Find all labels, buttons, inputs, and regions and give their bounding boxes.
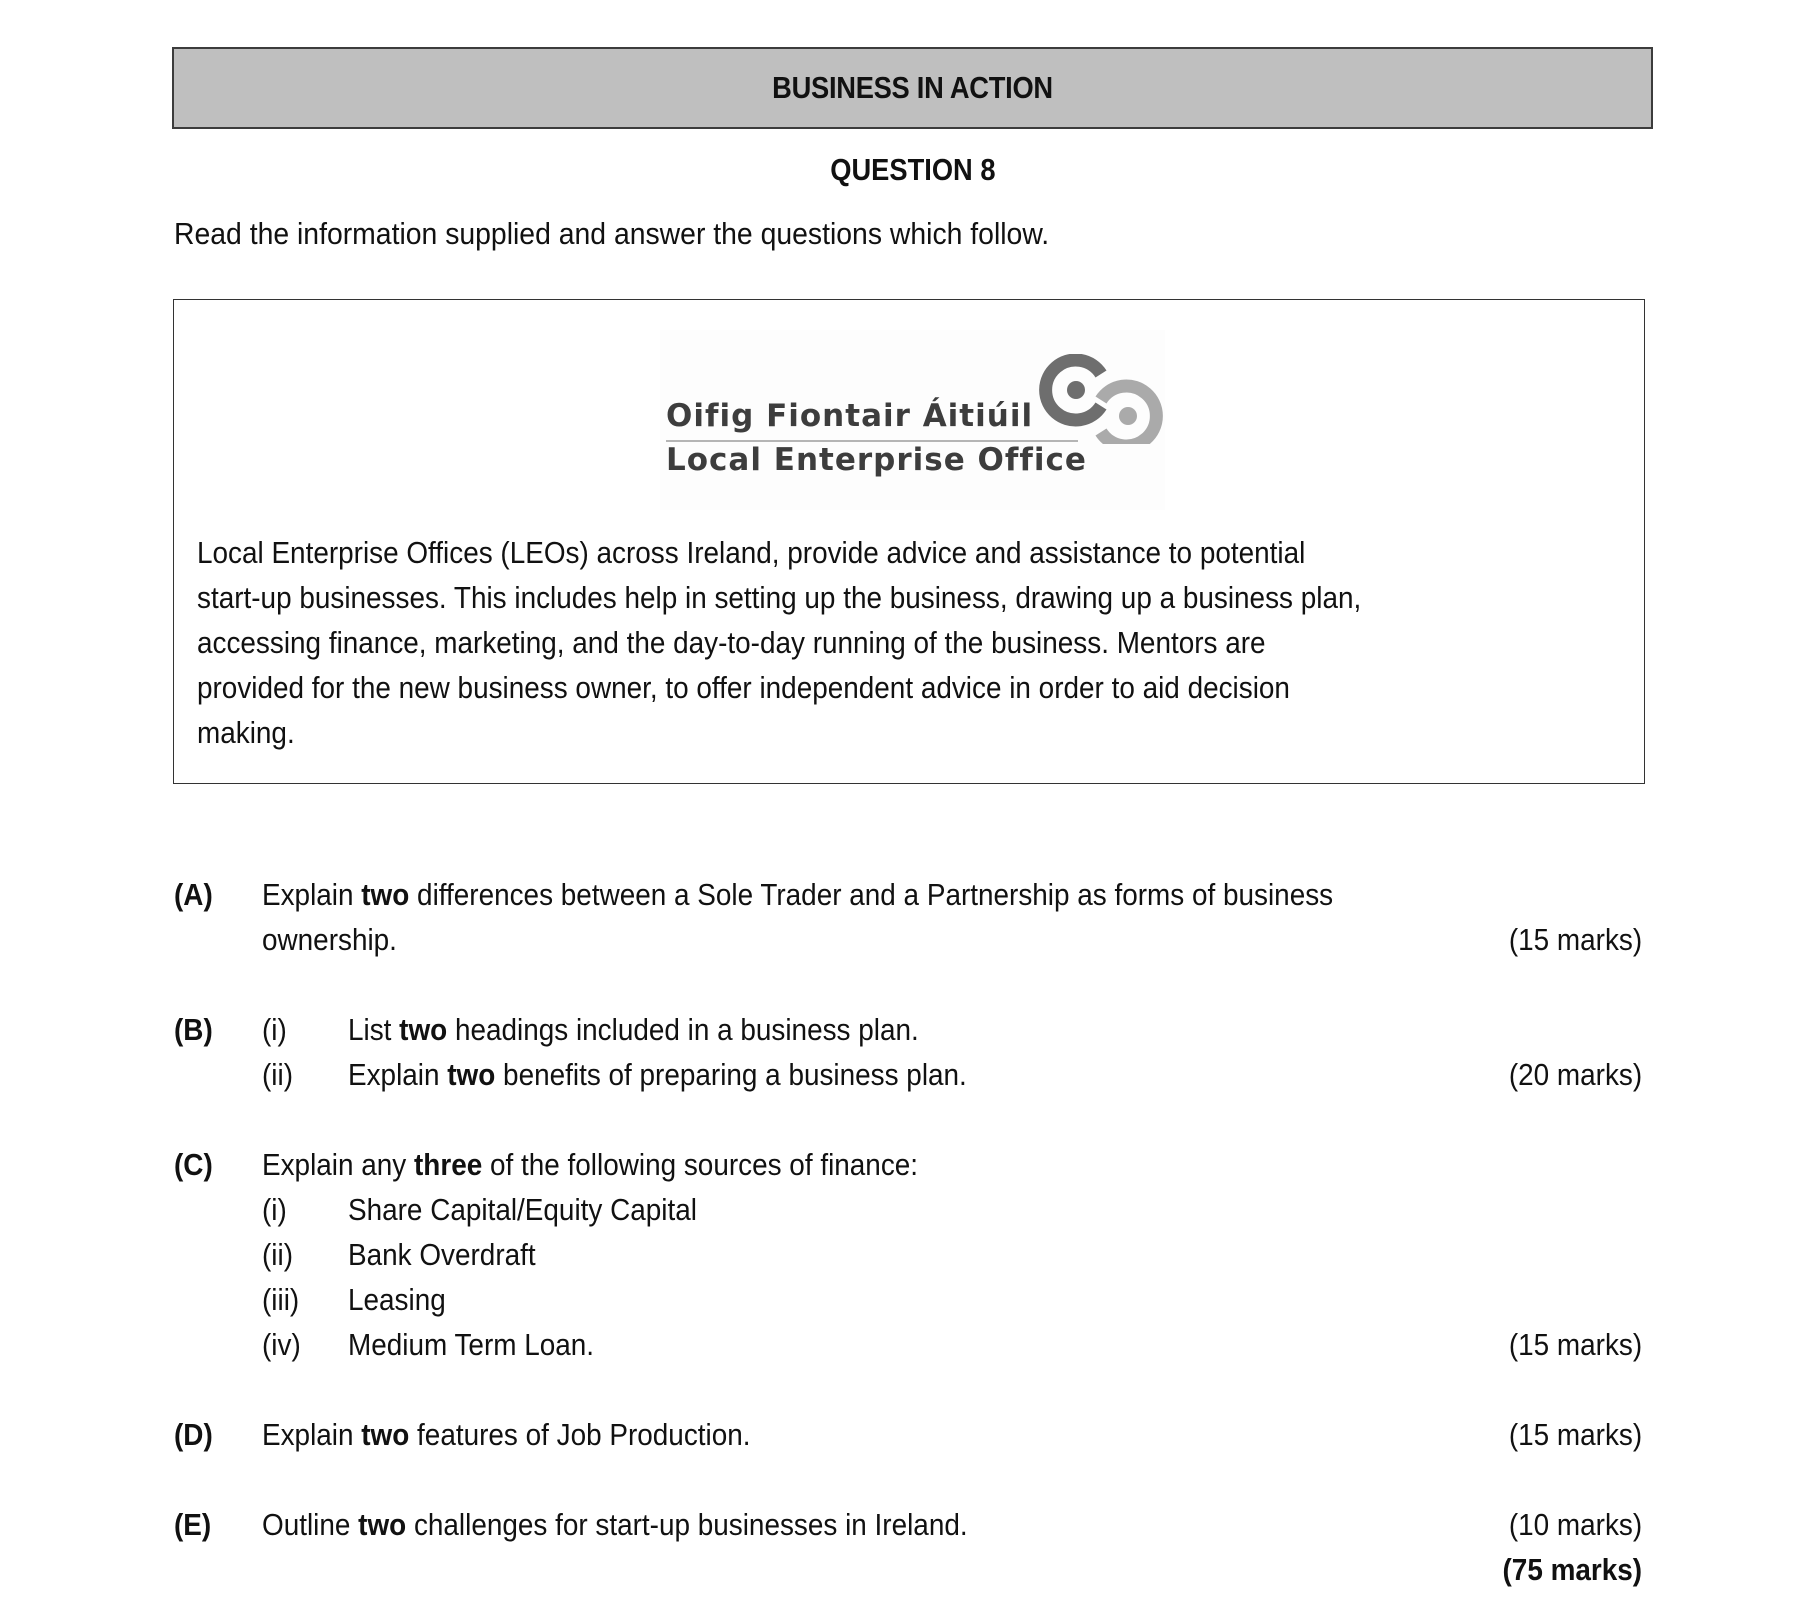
part-marks: (15 marks) — [1509, 1412, 1642, 1457]
part-text: ownership. — [262, 917, 397, 962]
subpart-text: Leasing — [348, 1277, 446, 1322]
part-text: Outline two challenges for start-up busi… — [262, 1502, 968, 1547]
leo-logo: Oifig Fiontair Áitiúil Local Enterprise … — [660, 330, 1165, 510]
subpart-text: Bank Overdraft — [348, 1232, 536, 1277]
part-marks: (20 marks) — [1509, 1052, 1642, 1097]
part-marks: (10 marks) — [1509, 1502, 1642, 1547]
part-marks: (15 marks) — [1509, 1322, 1642, 1367]
subpart-number: (ii) — [262, 1232, 293, 1277]
question-title-text: QUESTION 8 — [830, 152, 995, 188]
logo-text-english: Local Enterprise Office — [666, 442, 1087, 478]
info-paragraph-line: Local Enterprise Offices (LEOs) across I… — [197, 530, 1493, 575]
section-title: BUSINESS IN ACTION — [772, 70, 1053, 106]
subpart-number: (iv) — [262, 1322, 301, 1367]
logo-text-irish: Oifig Fiontair Áitiúil — [666, 398, 1033, 434]
part-label: (B) — [174, 1007, 213, 1052]
subpart-number: (i) — [262, 1007, 287, 1052]
subpart-text: Medium Term Loan. — [348, 1322, 594, 1367]
part-c-item: (i) Share Capital/Equity Capital — [174, 1187, 1642, 1232]
info-paragraph-line: accessing finance, marketing, and the da… — [197, 620, 1493, 665]
subpart-number: (iii) — [262, 1277, 299, 1322]
subpart-text: List two headings included in a business… — [348, 1007, 919, 1052]
info-paragraph-line: provided for the new business owner, to … — [197, 665, 1493, 710]
part-a-line-2: ownership. (15 marks) — [174, 917, 1642, 962]
leo-linked-rings-icon — [1025, 354, 1165, 444]
subpart-number: (ii) — [262, 1052, 293, 1097]
part-c-item: (iv) Medium Term Loan. (15 marks) — [174, 1322, 1642, 1367]
part-label: (C) — [174, 1142, 213, 1187]
info-paragraph-line: start-up businesses. This includes help … — [197, 575, 1493, 620]
part-c-item: (iii) Leasing — [174, 1277, 1642, 1322]
section-header-bar: BUSINESS IN ACTION — [172, 47, 1653, 129]
subpart-number: (i) — [262, 1187, 287, 1232]
part-b-line-1: (B) (i) List two headings included in a … — [174, 1007, 1642, 1052]
info-paragraph-line: making. — [197, 710, 1493, 755]
part-label: (D) — [174, 1412, 213, 1457]
total-marks: (75 marks) — [1502, 1547, 1642, 1592]
part-b-line-2: (ii) Explain two benefits of preparing a… — [174, 1052, 1642, 1097]
part-text: Explain any three of the following sourc… — [262, 1142, 918, 1187]
info-paragraph: Local Enterprise Offices (LEOs) across I… — [197, 530, 1637, 755]
part-a-line-1: (A) Explain two differences between a So… — [174, 872, 1642, 917]
part-marks: (15 marks) — [1509, 917, 1642, 962]
part-d: (D) Explain two features of Job Producti… — [174, 1412, 1642, 1457]
total-marks-row: (75 marks) — [174, 1547, 1642, 1592]
part-text: Explain two differences between a Sole T… — [262, 872, 1333, 917]
subpart-text: Share Capital/Equity Capital — [348, 1187, 697, 1232]
part-label: (A) — [174, 872, 213, 917]
part-c-item: (ii) Bank Overdraft — [174, 1232, 1642, 1277]
part-e: (E) Outline two challenges for start-up … — [174, 1502, 1642, 1547]
part-label: (E) — [174, 1502, 211, 1547]
instruction-text: Read the information supplied and answer… — [174, 216, 1049, 252]
part-text: Explain two features of Job Production. — [262, 1412, 751, 1457]
part-c-intro: (C) Explain any three of the following s… — [174, 1142, 1642, 1187]
question-title: QUESTION 8 — [172, 152, 1653, 188]
subpart-text: Explain two benefits of preparing a busi… — [348, 1052, 967, 1097]
